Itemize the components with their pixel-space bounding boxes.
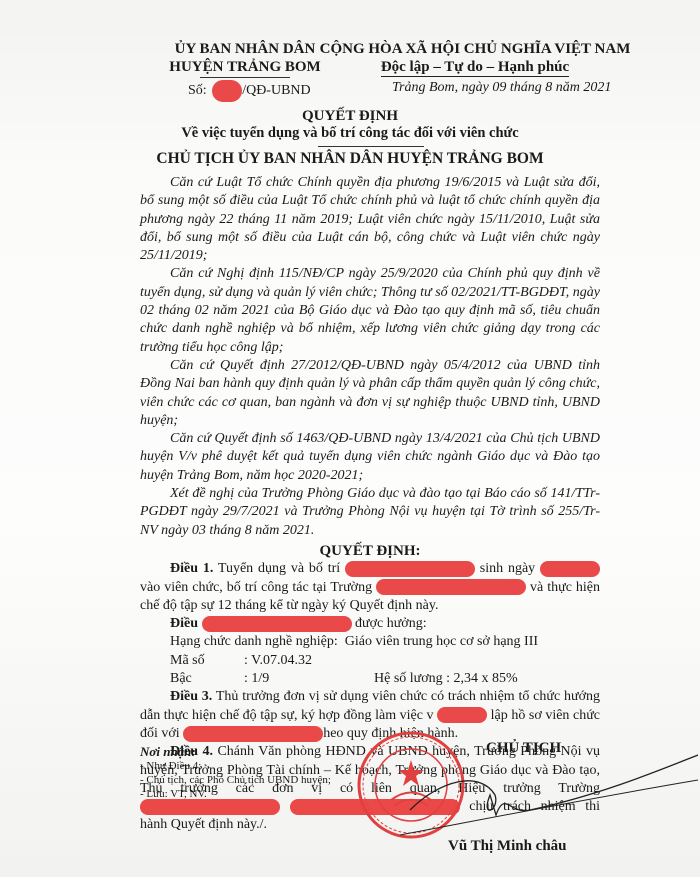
article-text: được hưởng: [355,616,427,631]
redaction-mark [540,561,600,577]
redaction-mark [437,707,487,723]
recipients-heading: Nơi nhận: [140,745,331,759]
document-number: Số: /QĐ-UBND [188,80,311,102]
signer-name: Vũ Thị Minh châu [448,838,567,855]
code-row: Mã số: V.07.04.32 [140,652,600,670]
preamble-item: Căn cứ Nghị định 115/NĐ/CP ngày 25/9/202… [140,265,600,356]
field-label: Hạng chức danh nghề nghiệp: [170,634,338,649]
document-page: ỦY BAN NHÂN DÂN HUYỆN TRẢNG BOM CỘNG HÒA… [0,0,700,877]
redaction-mark [376,579,526,595]
number-prefix: Số: [188,83,207,98]
recipient-item: - Lưu: VT, NV. [140,787,331,801]
article-text: vào viên chức, bố trí công tác tại Trườn… [140,580,372,595]
document-type: QUYẾT ĐỊNH [0,108,700,125]
redaction-mark [345,561,475,577]
divider [318,146,424,147]
motto: Độc lập – Tự do – Hạnh phúc [381,58,569,77]
issuing-authority: CHỦ TỊCH ỦY BAN NHÂN DÂN HUYỆN TRẢNG BOM [0,150,700,168]
article-label: Điều [170,616,198,631]
number-suffix: /QĐ-UBND [242,83,310,98]
redaction-mark [140,799,280,815]
field-label: Bậc [170,670,244,688]
redaction-mark [202,616,352,632]
field-value: : V.07.04.32 [244,653,312,668]
field-value: : 1/9 [244,670,374,688]
preamble-item: Căn cứ Quyết định số 1463/QĐ-UBND ngày 1… [140,430,600,485]
preamble-item: Xét đề nghị của Trưởng Phòng Giáo dục và… [140,485,600,540]
divider [200,77,290,78]
article-2: Điều được hưởng: [140,615,600,633]
article-label: Điều 1. [170,561,213,576]
decision-heading: QUYẾT ĐỊNH: [140,542,600,560]
article-text: Tuyển dụng và bố trí [218,561,340,576]
salary-coefficient: Hệ số lương : 2,34 x 85% [374,671,518,686]
rank-row: Hạng chức danh nghề nghiệp: Giáo viên tr… [140,633,600,651]
recipient-item: - Như Điều 4; [140,759,331,773]
redaction-mark [212,80,242,102]
field-label: Mã số [170,652,244,670]
recipient-item: - Chủ tịch, các Phó Chủ tịch UBND huyện; [140,773,331,787]
document-subject: Về việc tuyển dụng và bố trí công tác đố… [0,125,700,142]
article-label: Điều 3. [170,689,212,704]
redaction-mark [183,726,323,742]
article-text: sinh ngày [480,561,535,576]
article-1: Điều 1. Tuyển dụng và bố trí sinh ngày v… [140,560,600,615]
preamble-item: Căn cứ Quyết định 27/2012/QĐ-UBND ngày 0… [140,357,600,430]
recipients-block: Nơi nhận: - Như Điều 4; - Chủ tịch, các … [140,745,331,801]
issue-date: Trảng Bom, ngày 09 tháng 8 năm 2021 [392,80,611,96]
country-name: CỘNG HÒA XÃ HỘI CHỦ NGHĨA VIỆT NAM [305,40,645,58]
national-header: CỘNG HÒA XÃ HỘI CHỦ NGHĨA VIỆT NAM Độc l… [305,40,645,77]
preamble-item: Căn cứ Luật Tổ chức Chính quyền địa phươ… [140,174,600,265]
signer-title: CHỦ TỊCH [486,740,561,757]
grade-row: Bậc: 1/9Hệ số lương : 2,34 x 85% [140,670,600,688]
field-value: Giáo viên trung học cơ sở hạng III [345,634,538,649]
